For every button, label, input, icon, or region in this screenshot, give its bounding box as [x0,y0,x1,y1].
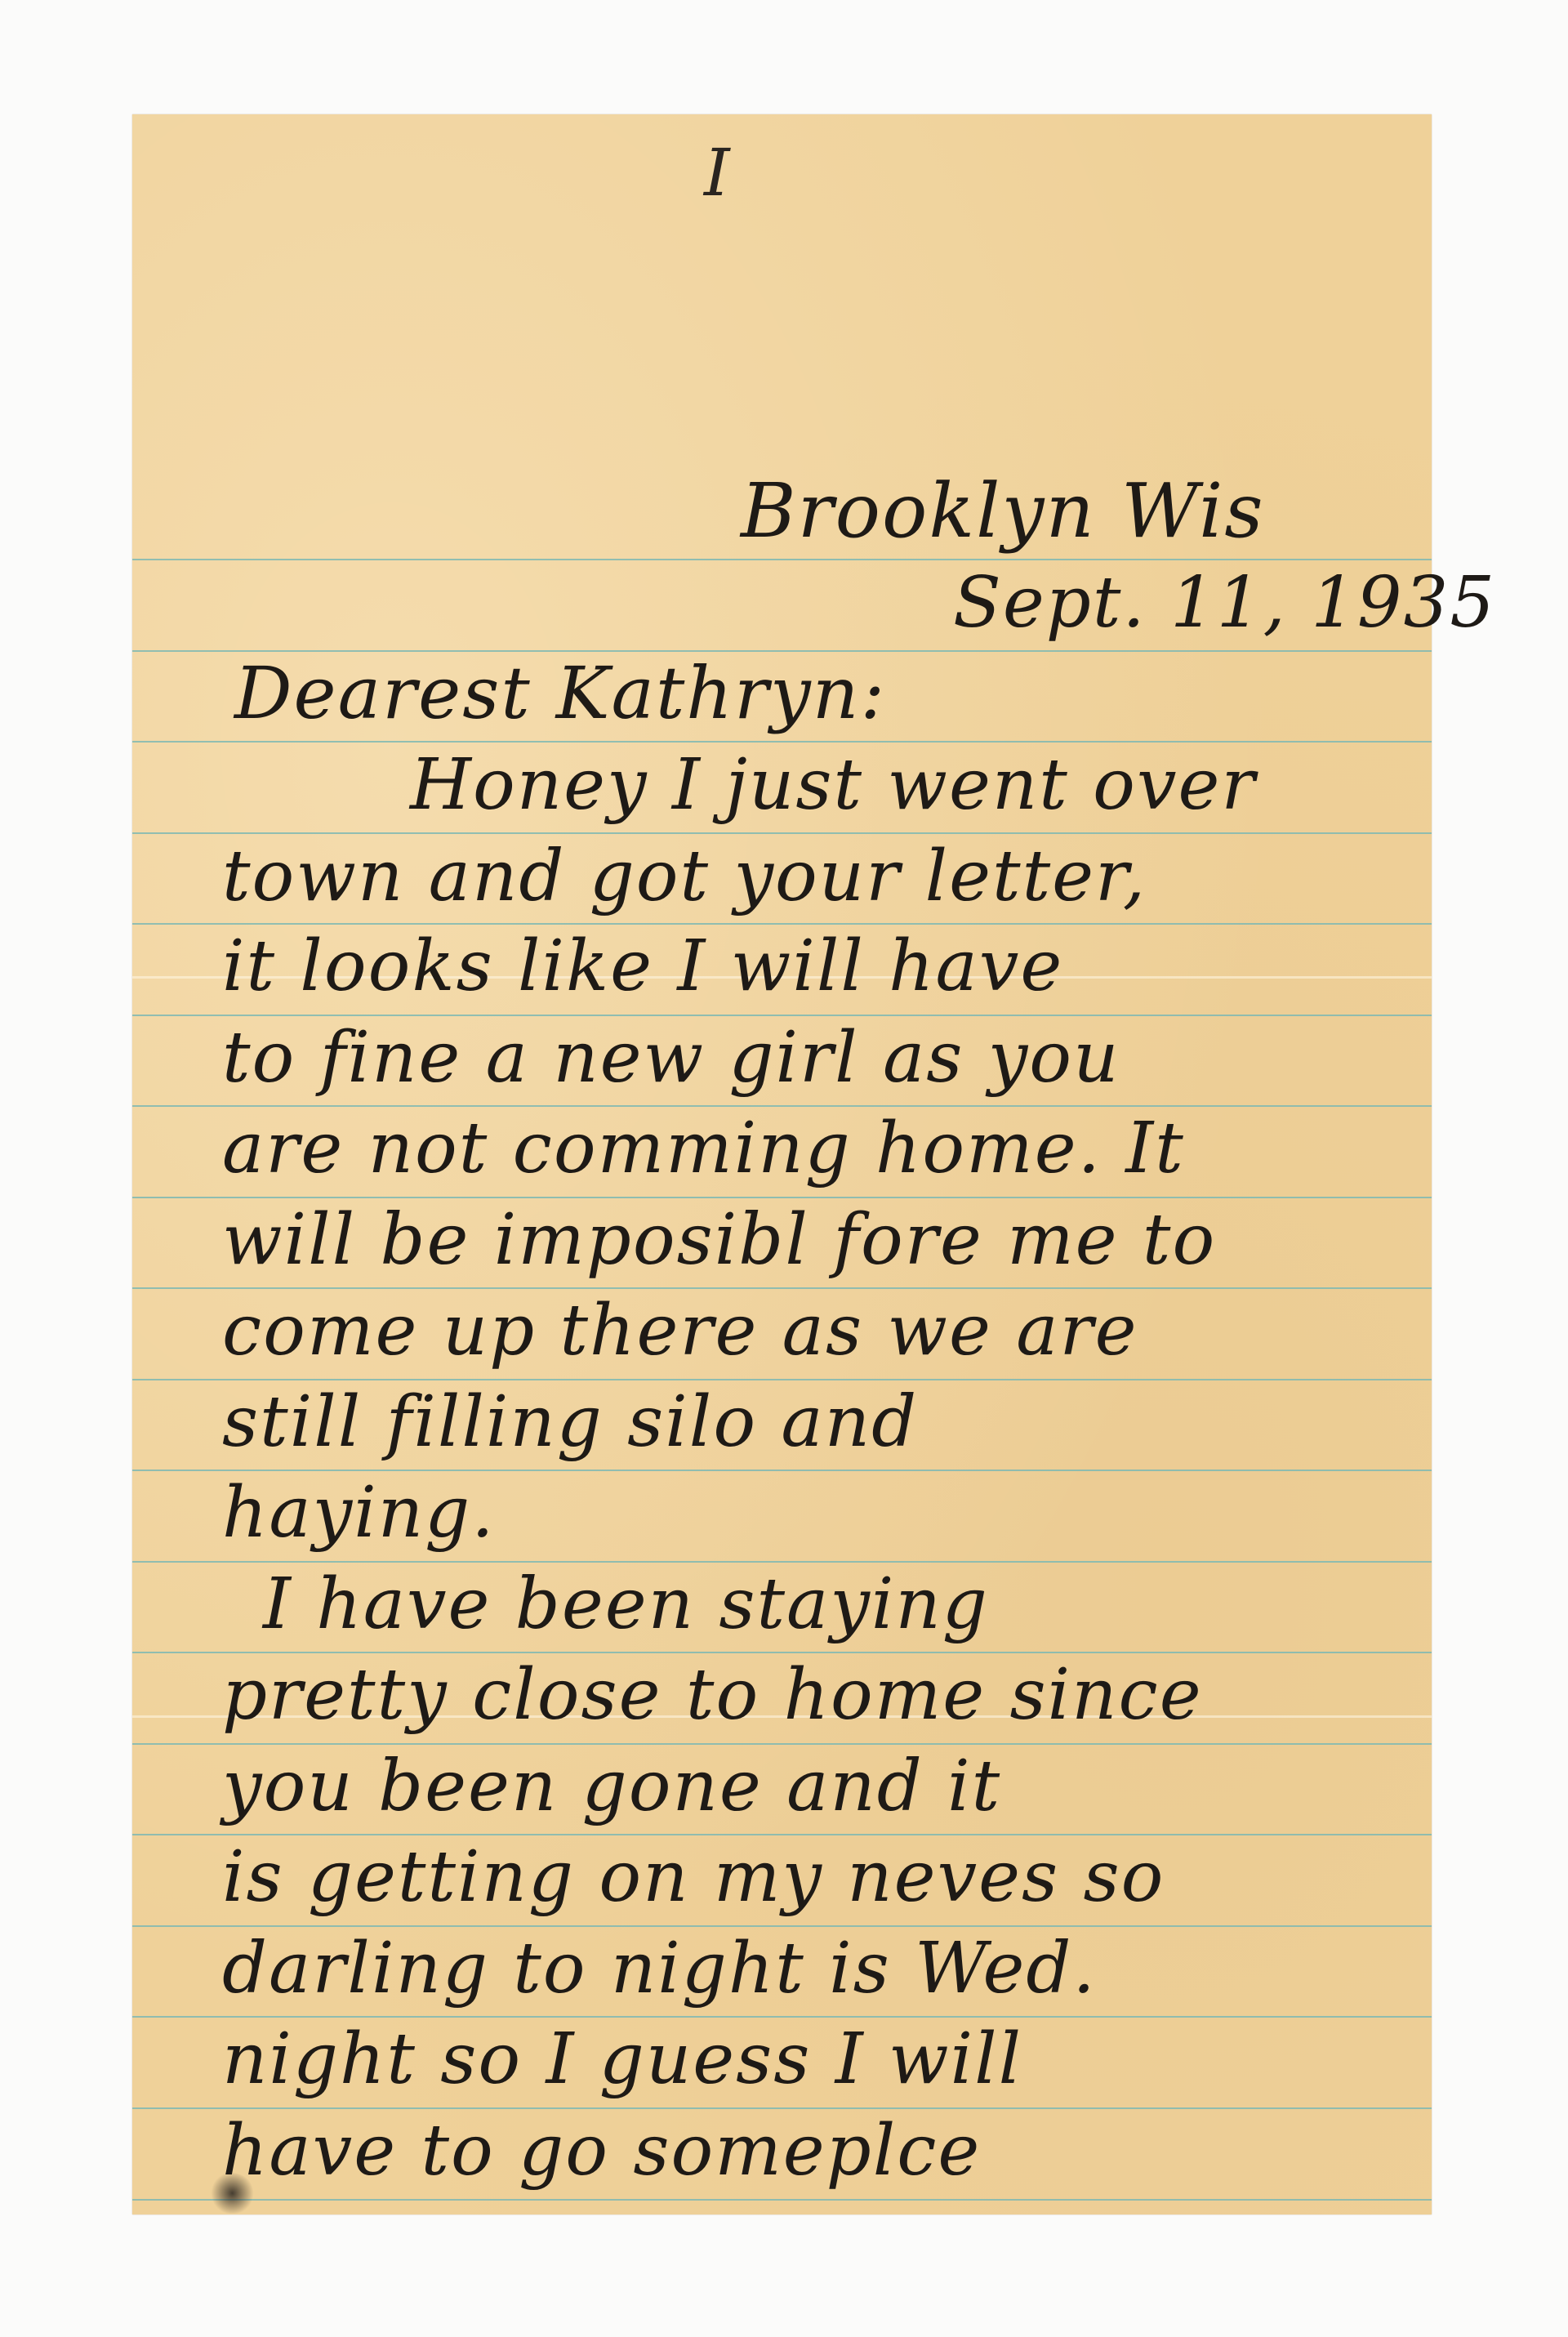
ruled-line [132,1197,1432,1198]
body-line: town and got your letter, [222,841,1147,912]
ruled-line [132,741,1432,743]
body-line: are not comming home. It [222,1113,1185,1184]
ruled-line [132,1287,1432,1289]
body-line: still filling silo and [222,1387,918,1457]
ruled-line [132,1561,1432,1563]
ruled-line [132,832,1432,834]
ruled-line [132,2199,1432,2201]
body-line: is getting on my neves so [222,1842,1165,1912]
ruled-line [132,1015,1432,1016]
body-line: Honey I just went over [410,750,1257,820]
ruled-line [132,1652,1432,1653]
ruled-line [132,923,1432,925]
letter-date: Sept. 11, 1935 [953,568,1496,638]
letter-page: I Brooklyn Wis Sept. 11, 1935 Dearest Ka… [132,114,1432,2214]
body-line: pretty close to home since [222,1660,1203,1730]
ruled-line [132,1834,1432,1835]
body-line: come up there as we are [222,1296,1138,1366]
page-number: I [704,135,730,211]
ruled-line [132,1379,1432,1380]
ink-smudge [210,2173,255,2214]
body-line: you been gone and it [222,1751,1001,1822]
body-line: it looks like I will have [222,931,1063,1001]
body-line: have to go someplce [222,2116,981,2186]
body-line: night so I guess I will [222,2024,1022,2094]
ruled-line [132,1105,1432,1107]
ruled-line [132,559,1432,560]
body-line: I have been staying [263,1569,989,1639]
ruled-line [132,1743,1432,1745]
salutation: Dearest Kathryn: [234,658,886,729]
ruled-line [132,2016,1432,2018]
body-line: darling to night is Wed. [222,1933,1097,2004]
body-line: to fine a new girl as you [222,1023,1120,1093]
body-line: haying. [222,1478,496,1548]
body-line: will be imposibl fore me to [222,1205,1216,1275]
letter-place: Brooklyn Wis [741,474,1265,549]
ruled-line [132,1470,1432,1471]
ruled-line [132,2107,1432,2109]
ruled-line [132,1925,1432,1927]
